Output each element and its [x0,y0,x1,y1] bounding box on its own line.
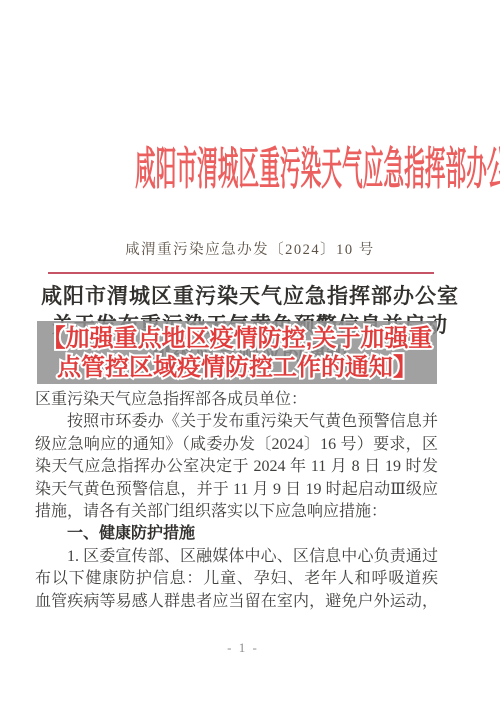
document-title-line-1: 咸阳市渭城区重污染天气应急指挥部办公室 [0,283,500,312]
document-body: 区重污染天气应急指挥部各成员单位： 按照市环委办《关于发布重污染天气黄色预警信息… [35,389,438,613]
document-reference-number: 咸渭重污染应急办发〔2024〕10 号 [0,240,500,260]
body-paragraph-line: 措施，请各有关部门组织落实以下应急响应措施： [35,501,438,523]
stamp-overlay-line-1-text: 【加强重点地区疫情防控,关于加强重 [37,324,437,353]
stamp-overlay-line-2-text: 点管控区域疫情防控工作的通知】 [37,353,437,382]
body-paragraph-line: 血管疾病等易感人群患者应当留在室内，避免户外运动，尽量减 [35,591,438,613]
document-masthead-title: 咸阳市渭城区重污染天气应急指挥部办公室文件 [135,141,365,197]
body-paragraph-line: 染天气应急指挥办公室决定于 2024 年 11 月 8 日 19 时发布重污 [35,456,438,478]
stamp-overlay-line-2: 点管控区域疫情防控工作的通知】 点管控区域疫情防控工作的通知】 [37,353,437,382]
body-section-heading: 一、健康防护措施 [35,523,438,545]
stamp-overlay-line-1: 【加强重点地区疫情防控,关于加强重 【加强重点地区疫情防控,关于加强重 [37,324,437,353]
scanned-document-page: 咸阳市渭城区重污染天气应急指挥部办公室文件 咸渭重污染应急办发〔2024〕10 … [0,0,500,706]
body-paragraph-line: 染天气黄色预警信息，并于 11 月 9 日 19 时起启动Ⅲ级应急响应 [35,479,438,501]
body-paragraph-line: 级应急响应的通知》（咸委办发〔2024〕16 号）要求，区重污 [35,434,438,456]
body-paragraph-line: 按照市环委办《关于发布重污染天气黄色预警信息并启动Ⅲ [35,411,438,433]
body-salutation: 区重污染天气应急指挥部各成员单位： [35,389,438,411]
body-paragraph-line: 1. 区委宣传部、区融媒体中心、区信息中心负责通过媒体发 [35,546,438,568]
red-divider-rule [48,272,434,274]
body-paragraph-line: 布以下健康防护信息：儿童、孕妇、老年人和呼吸道疾病、心脑 [35,568,438,590]
gray-stamp-overlay: 【加强重点地区疫情防控,关于加强重 【加强重点地区疫情防控,关于加强重 点管控区… [37,321,437,384]
page-number: - 1 - [0,640,486,656]
